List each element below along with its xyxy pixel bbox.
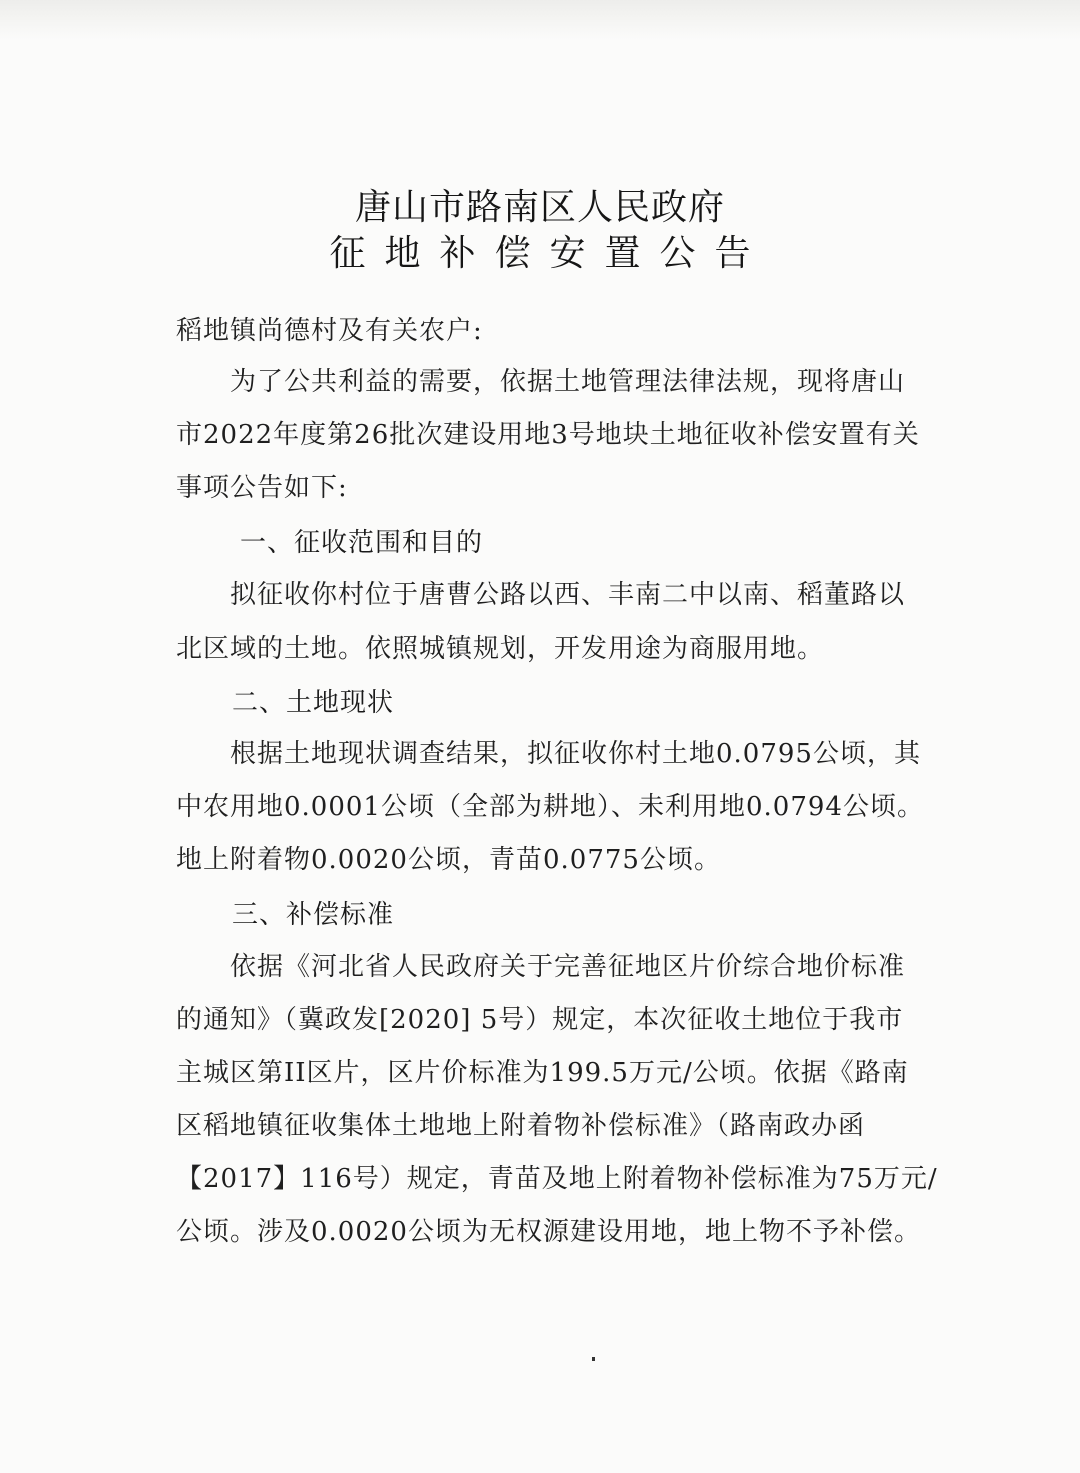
section-line: 的通知》（冀政发[2020] 5号）规定，本次征收土地位于我市 <box>176 1003 903 1037</box>
section-heading-land-status: 二、土地现状 <box>232 686 394 720</box>
section-heading-scope: 一、征收范围和目的 <box>240 526 483 560</box>
scan-speck <box>592 1357 595 1361</box>
document-title-subject: 征地补偿安置公告 <box>0 232 1080 276</box>
section-line: 【2017】116号）规定，青苗及地上附着物补偿标准为75万元/ <box>176 1162 938 1196</box>
section-line: 中农用地0.0001公顷（全部为耕地）、未利用地0.0794公顷。 <box>176 790 924 824</box>
addressee: 稻地镇尚德村及有关农户: <box>176 314 483 348</box>
document-page: 唐山市路南区人民政府 征地补偿安置公告 稻地镇尚德村及有关农户: 为了公共利益的… <box>0 0 1080 1473</box>
intro-line: 市2022年度第26批次建设用地3号地块土地征收补偿安置有关 <box>176 418 920 452</box>
section-line: 区稻地镇征收集体土地地上附着物补偿标准》（路南政办函 <box>176 1109 865 1143</box>
section-line: 主城区第II区片，区片价标准为199.5万元/公顷。依据《路南 <box>176 1056 909 1090</box>
section-line: 根据土地现状调查结果，拟征收你村土地0.0795公顷，其 <box>230 737 921 771</box>
document-title-issuer: 唐山市路南区人民政府 <box>0 186 1080 230</box>
intro-line: 事项公告如下: <box>176 471 348 505</box>
section-heading-compensation: 三、补偿标准 <box>232 898 394 932</box>
section-line: 拟征收你村位于唐曹公路以西、丰南二中以南、稻董路以 <box>230 578 905 612</box>
section-line: 公顷。涉及0.0020公顷为无权源建设用地，地上物不予补偿。 <box>176 1215 921 1249</box>
section-line: 地上附着物0.0020公顷，青苗0.0775公顷。 <box>176 843 721 877</box>
intro-line: 为了公共利益的需要，依据土地管理法律法规，现将唐山 <box>230 365 905 399</box>
section-line: 依据《河北省人民政府关于完善征地区片价综合地价标准 <box>230 950 905 984</box>
section-line: 北区域的土地。依照城镇规划，开发用途为商服用地。 <box>176 632 824 666</box>
